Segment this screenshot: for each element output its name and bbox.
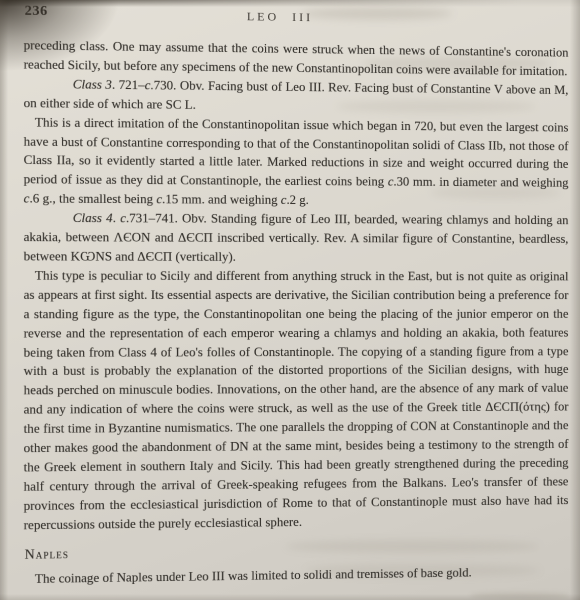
body-text: preceding class. One may assume that the… [24, 36, 569, 589]
photo-left-shadow [0, 0, 8, 600]
body-paragraph-continuation: preceding class. One may assume that the… [24, 36, 569, 81]
body-paragraph: This is a direct imitation of the Consta… [24, 113, 569, 212]
body-paragraph-class-4: Class 4. c.731–741. Obv. Standing figure… [24, 209, 569, 268]
running-header: LEO III [24, 6, 530, 29]
page-header: 236 LEO III [24, 4, 569, 29]
section-heading-naples: Naples [25, 538, 569, 564]
photo-right-shadow [570, 0, 580, 600]
body-paragraph: This type is peculiar to Sicily and diff… [24, 266, 569, 535]
body-paragraph-class-3: Class 3. 721–c.730. Obv. Facing bust of … [24, 74, 569, 118]
page-content: 236 LEO III preceding class. One may ass… [24, 4, 569, 600]
body-paragraph-naples: The coinage of Naples under Leo III was … [24, 563, 569, 590]
book-page-photo: 236 LEO III preceding class. One may ass… [0, 0, 580, 600]
